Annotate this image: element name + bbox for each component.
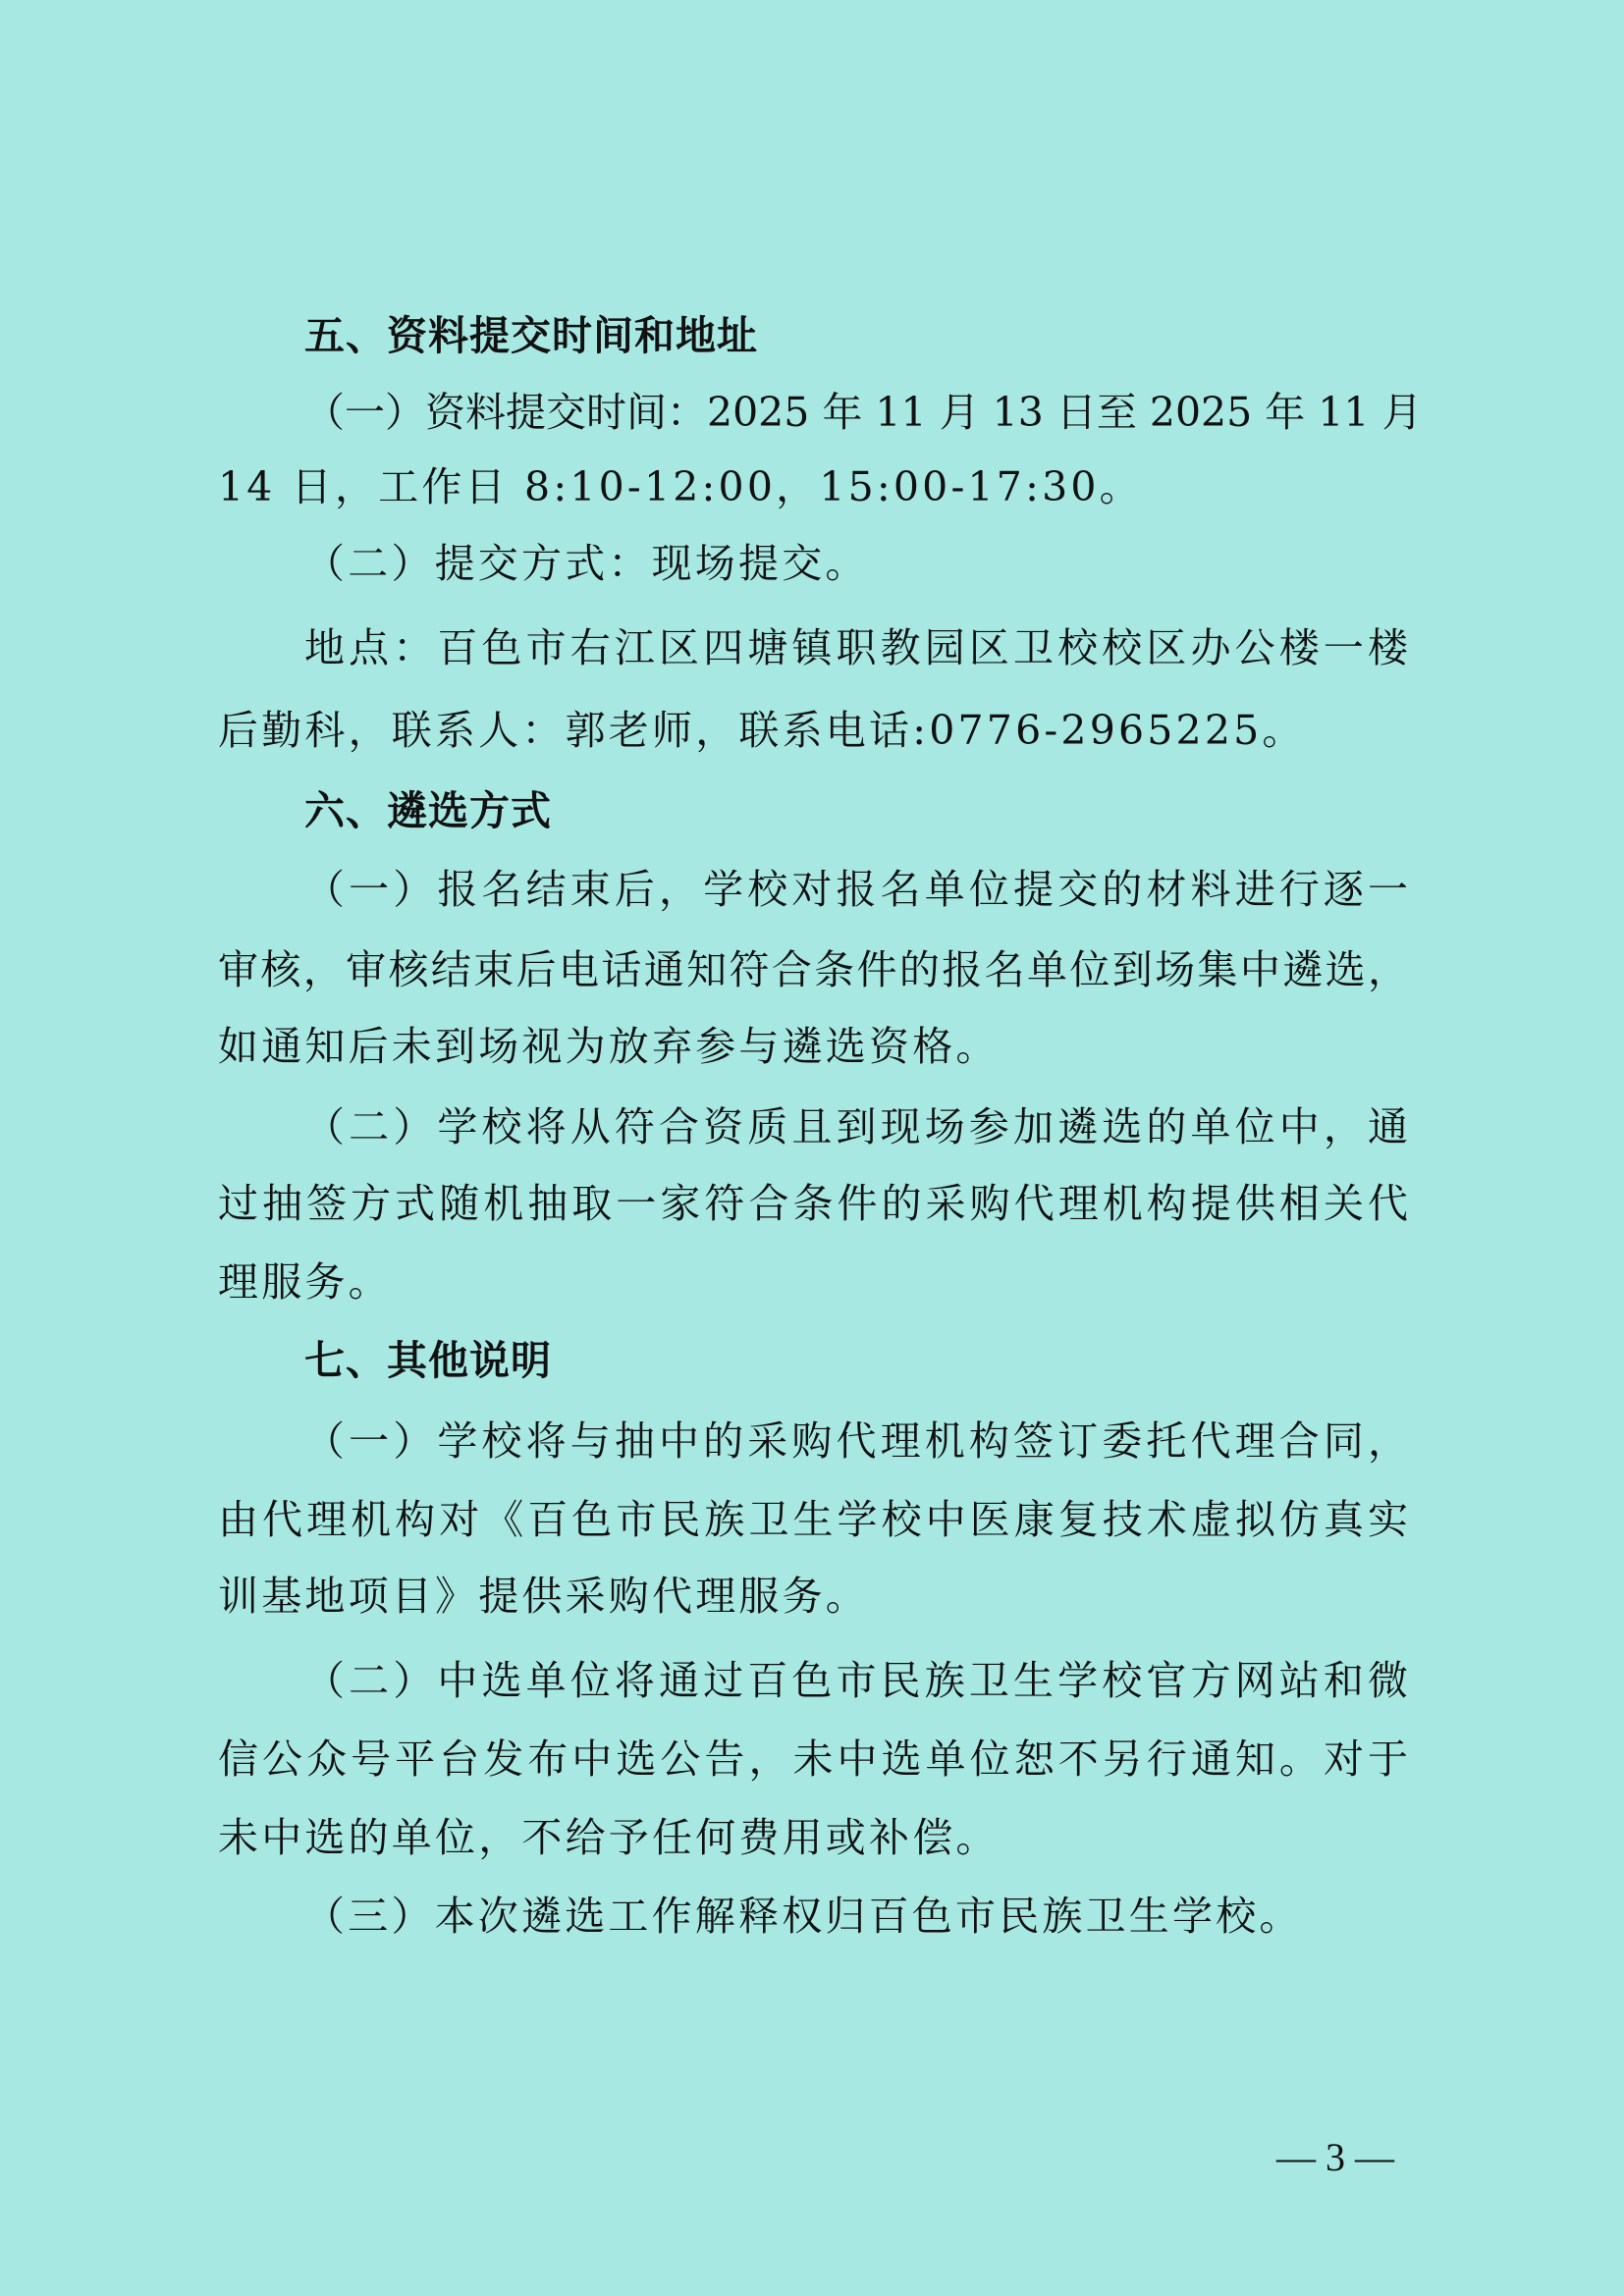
paragraph-line: 后勤科，联系人：郭老师，联系电话:0776-2965225。 [218,705,1306,756]
page-number: — 3 — [1276,2132,1394,2183]
paragraph-line: 过抽签方式随机抽取一家符合条件的采购代理机构提供相关代 [218,1178,1408,1229]
paragraph-line: 由代理机构对《百色市民族卫生学校中医康复技术虚拟仿真实 [218,1494,1408,1545]
paragraph-line: 14 日，工作日 8:10-12:00，15:00-17:30。 [218,461,1143,512]
paragraph-line: （二）学校将从符合资质且到现场参加遴选的单位中，通 [304,1101,1408,1152]
paragraph-line: 地点：百色市右江区四塘镇职教园区卫校校区办公楼一楼 [304,622,1408,673]
section-heading-6: 六、遴选方式 [304,785,552,836]
paragraph-line: 审核，审核结束后电话通知符合条件的报名单位到场集中遴选， [218,944,1408,995]
paragraph-line: （二）提交方式：现场提交。 [304,538,869,589]
paragraph-line: （一）学校将与抽中的采购代理机构签订委托代理合同， [304,1415,1408,1467]
paragraph-line: 信公众号平台发布中选公告，未中选单位恕不另行通知。对于 [218,1734,1408,1785]
section-heading-5: 五、资料提交时间和地址 [304,310,758,361]
paragraph-line: （一）报名结束后，学校对报名单位提交的材料进行逐一 [304,864,1408,915]
paragraph-line: （一）资料提交时间：2025 年 11 月 13 日至 2025 年 11 月 [304,387,1408,438]
paragraph-line: （三）本次遴选工作解释权归百色市民族卫生学校。 [304,1891,1303,1942]
paragraph-line: 理服务。 [218,1256,392,1308]
section-heading-7: 七、其他说明 [304,1335,552,1386]
paragraph-line: 如通知后未到场视为放弃参与遴选资格。 [218,1021,1000,1072]
paragraph-line: 训基地项目》提供采购代理服务。 [218,1571,869,1622]
paragraph-line: 未中选的单位，不给予任何费用或补偿。 [218,1812,1000,1863]
paragraph-line: （二）中选单位将通过百色市民族卫生学校官方网站和微 [304,1655,1408,1706]
